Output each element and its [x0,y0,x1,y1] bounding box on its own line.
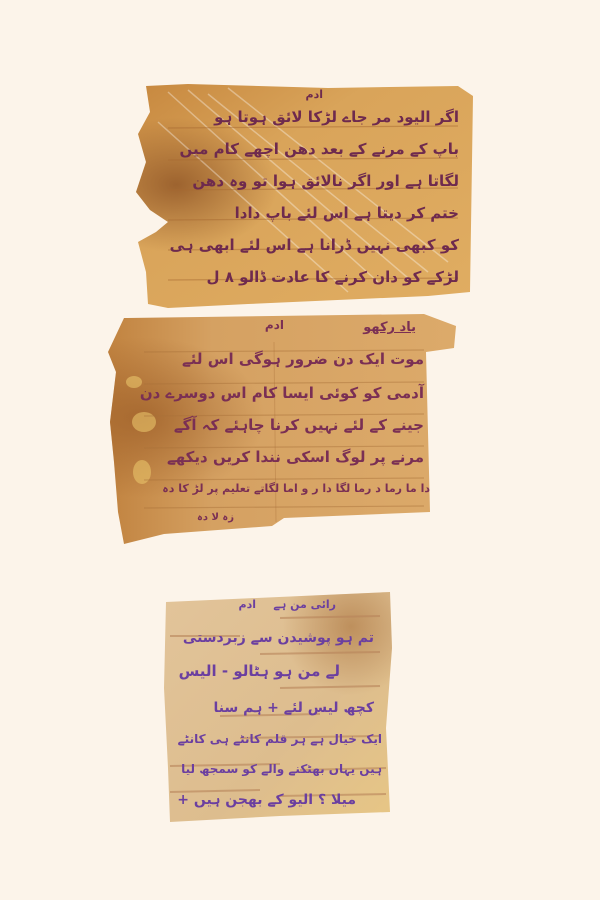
text-line: لڑکے کو دان کرنے کا عادت ڈالو ۸ ل [206,268,459,286]
text-line: اگر الیود مر جاے لڑکا لائق ہوتا ہو [214,108,459,126]
text-line: تم ہو پوشیدن سے زبردستی [183,630,374,646]
fragment-heading-right: رائی من ہے [273,598,336,611]
text-line: لے من ہو ہٹالو - الیس [179,662,340,680]
text-line: لگاتا ہے اور اگر نالائق ہوا تو وہ دھن [192,172,459,190]
fragment-heading: ادم [306,88,323,101]
fragment-heading-right: یاد رکھو [363,320,416,335]
fragment-heading: ادم [265,318,284,332]
text-line: ایک خیال ہے ہر قلم کانٹے ہی کانٹے [178,732,382,746]
text-line: دا ما رما د رما لگا دا ر و اما لگاتے تعل… [162,482,430,495]
text-line: مرنے پر لوگ اسکی نندا کریں دیکھے [167,448,424,466]
text-line: ہیں یہاں بھٹکنے والے کو سمجھ لیا [181,762,382,776]
text-line: کو کبھی نہیں ڈرانا ہے اس لئے ابھی ہی [170,236,459,254]
manuscript-fragment-2: ادم یاد رکھو موت ایک دن ضرور ہوگی اس لئے… [104,312,464,548]
text-line: باپ کے مرنے کے بعد دھن اچھے کام میں [180,140,459,158]
text-line: زہ لا دہ [197,512,234,523]
fragment-heading: ادم [239,598,256,611]
text-line: میلا ؟ الیو کے بھجن ہیں + [177,792,356,808]
text-line: ختم کر دیتا ہے اس لئے باپ دادا [235,204,459,222]
text-line: آدمی کو کوئی ایسا کام اس دوسرے دن [140,384,424,402]
text-line: جینے کے لئے نہیں کرنا چاہئے کہ آگے [174,416,424,434]
manuscript-fragment-1: ادم اگر الیود مر جاے لڑکا لائق ہوتا ہو ب… [128,82,473,310]
manuscript-fragment-3: ادم رائی من ہے تم ہو پوشیدن سے زبردستی ل… [160,588,396,824]
text-line: موت ایک دن ضرور ہوگی اس لئے [182,350,424,368]
text-line: کچھ لیس لئے + ہم سنا [213,700,374,716]
